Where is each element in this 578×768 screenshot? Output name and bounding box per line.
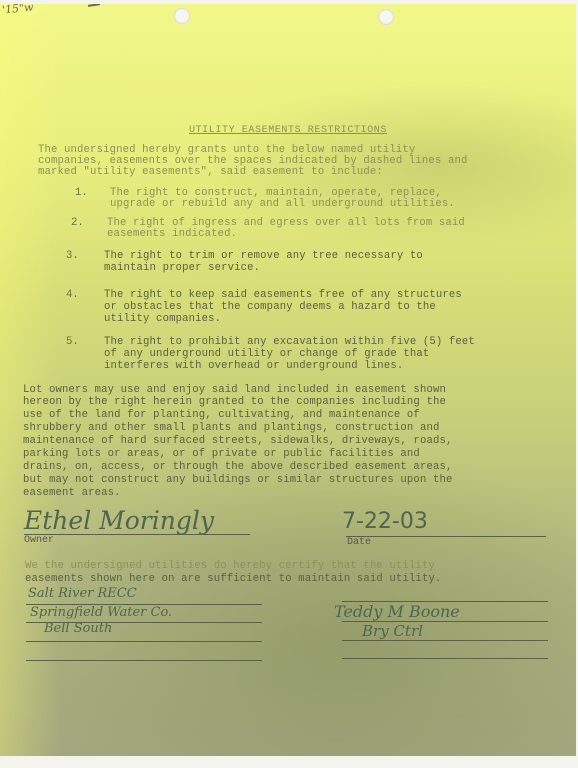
signature-line [26, 660, 262, 661]
document-title: UTILITY EASEMENTS RESTRICTIONS [0, 125, 576, 136]
punch-hole [378, 9, 394, 25]
body-line: shrubbery and other small plants and pla… [23, 422, 439, 435]
utility-signature: Bell South [44, 621, 112, 636]
item-line: maintain proper service. [104, 262, 260, 275]
utility-signature: Salt River RECC [28, 586, 137, 601]
utility-signature: Springfield Water Co. [30, 605, 172, 620]
item-number: 5. [66, 336, 79, 348]
owner-label: Owner [24, 535, 54, 546]
item-number: 2. [71, 217, 84, 229]
item-line: The right to trim or remove any tree nec… [104, 250, 423, 263]
body-line: use of the land for planting, cultivatin… [23, 409, 420, 422]
body-line: but may not construct any buildings or s… [23, 474, 452, 487]
signature-line [342, 658, 548, 659]
punch-hole [174, 8, 190, 24]
item-line: upgrade or rebuild any and all undergrou… [110, 198, 455, 211]
date-line [346, 536, 546, 537]
date-label: Date [347, 537, 371, 548]
owner-signature: Ethel Moringly [24, 506, 214, 535]
item-line: utility companies. [104, 313, 221, 326]
signature-line [342, 640, 548, 641]
certify-line: We the undersigned utilities do hereby c… [25, 560, 435, 573]
utility-signature: Bry Ctrl [362, 622, 423, 640]
body-line: easement areas. [23, 487, 121, 500]
body-line: maintenance of hard surfaced streets, si… [23, 435, 452, 448]
item-line: or obstacles that the company deems a ha… [104, 301, 436, 314]
item-line: The right to prohibit any excavation wit… [104, 336, 475, 349]
signature-line [24, 534, 250, 535]
intro-line: marked "utility easements", said easemen… [38, 166, 383, 179]
body-line: hereon by the right herein granted to th… [23, 396, 446, 409]
item-line: The right to keep said easements free of… [104, 289, 462, 302]
item-line: of any underground utility or change of … [104, 348, 429, 361]
item-number: 1. [75, 187, 88, 199]
body-line: drains, on, access, or through the above… [23, 461, 452, 474]
signature-line [26, 641, 262, 642]
body-line: Lot owners may use and enjoy said land i… [23, 384, 446, 397]
certify-line: easements shown here on are sufficient t… [25, 573, 441, 586]
item-line: easements indicated. [107, 228, 237, 241]
handwritten-corner-note: '15"w [1, 4, 34, 17]
body-line: parking lots or areas, or of private or … [23, 448, 420, 461]
item-line: interferes with overhead or underground … [104, 360, 403, 373]
date-value: 7-22-03 [342, 509, 428, 534]
item-number: 3. [66, 250, 79, 262]
pen-mark [88, 4, 100, 7]
scanned-document-page: '15"w UTILITY EASEMENTS RESTRICTIONS The… [0, 4, 576, 756]
utility-signature: Teddy M Boone [334, 602, 460, 621]
item-number: 4. [66, 289, 79, 301]
